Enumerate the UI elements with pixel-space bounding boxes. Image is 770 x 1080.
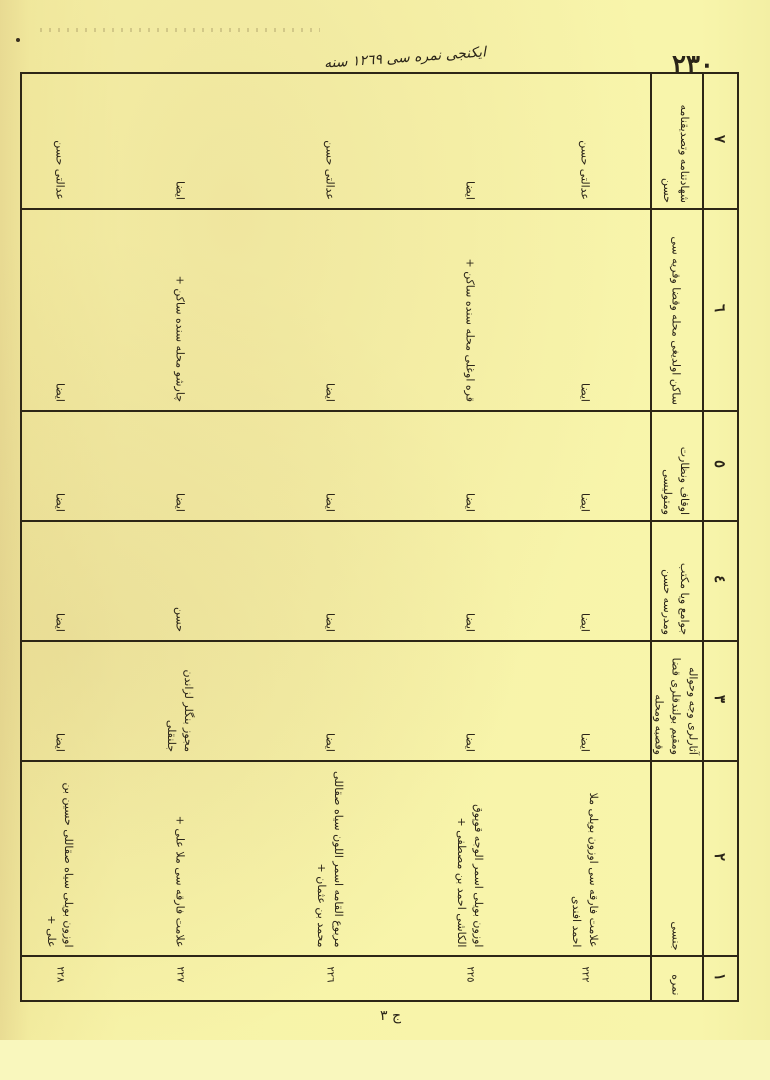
- table-cell: ایضا: [415, 524, 525, 636]
- frame-right: [737, 72, 739, 1002]
- table-cell: ایضا: [5, 644, 115, 756]
- column-number: ١: [711, 972, 729, 980]
- table-cell: ایضا: [275, 212, 385, 406]
- column-header: اوقاف ونظارت ومتولیسی: [650, 410, 702, 520]
- table-cell: ایضا: [275, 524, 385, 636]
- table-cell: قره اوغلی محله سنده ساکن +: [415, 212, 525, 406]
- column-header: نمره: [650, 955, 702, 1000]
- table-cell: ایضا: [5, 212, 115, 406]
- frame-top: [20, 72, 737, 74]
- table-cell: مربوع القامه اسمر اللون سیاه صقاللی محمد…: [275, 764, 385, 951]
- row-number: ٢٢٦: [325, 966, 336, 982]
- column-header: ساکن اولدیغی محله وقضا وقریه سی: [650, 208, 702, 410]
- row-number: ٢٢٥: [465, 966, 476, 982]
- table-cell: ایضا: [415, 76, 525, 204]
- table-cell: ایضا: [5, 524, 115, 636]
- table-cell: ایضا: [5, 414, 115, 516]
- table-cell: ایضا: [125, 76, 235, 204]
- table-cell: ایضا: [275, 414, 385, 516]
- row-number: ٢٢٨: [55, 966, 66, 982]
- table-cell: عدالتی حسن: [5, 76, 115, 204]
- table-cell: علامت فارقه سی اوزون بویلی ملا احمد افند…: [530, 764, 640, 951]
- row-number: ٢٢٧: [175, 966, 186, 982]
- column-divider: [20, 410, 737, 412]
- table-cell: ایضا: [415, 644, 525, 756]
- column-divider: [20, 955, 737, 957]
- column-number: ٥: [711, 460, 729, 468]
- table-cell: عدالتی حسن: [275, 76, 385, 204]
- table-cell: علامت فارقه سی ملا علی +: [125, 764, 235, 951]
- table-cell: مجوز بنگلر لزاندن جلنقلی: [125, 644, 235, 756]
- row-number: ٢٢٢: [580, 966, 591, 982]
- scan-margin: [0, 1040, 770, 1080]
- table-cell: ایضا: [125, 414, 235, 516]
- column-number: ٦: [711, 304, 729, 312]
- table-cell: ایضا: [530, 644, 640, 756]
- column-header: شهادتنامه وتصدیقنامه حسن: [650, 72, 702, 208]
- column-divider: [20, 208, 737, 210]
- table-cell: ایضا: [530, 524, 640, 636]
- column-header: جنسی: [650, 760, 702, 955]
- column-number: ٣: [711, 695, 729, 703]
- table-cell: اوزون بویلی اسمر الوجه قوپوق الکاشی احمد…: [415, 764, 525, 951]
- table-cell: اوزون بویلی سیاه صقاللی حسین بن علی +: [5, 764, 115, 951]
- table-cell: ایضا: [530, 212, 640, 406]
- print-bleed-specks: [40, 28, 320, 32]
- frame-bottom: [20, 1000, 737, 1002]
- column-header: آثارلری وجه وحواله ومقیم بولندقلری قضا و…: [650, 640, 702, 760]
- column-divider: [20, 640, 737, 642]
- table-cell: حسن: [125, 524, 235, 636]
- column-divider: [20, 760, 737, 762]
- table-cell: عدالتی حسن: [530, 76, 640, 204]
- column-number: ٢: [711, 852, 729, 860]
- table-cell: ایضا: [415, 414, 525, 516]
- footer-mark: ج ٣: [380, 1008, 401, 1024]
- table-cell: ایضا: [530, 414, 640, 516]
- table-cell: ایضا: [275, 644, 385, 756]
- ink-dot: [16, 38, 20, 42]
- column-number: ٤: [711, 575, 729, 583]
- column-number: ٧: [711, 135, 729, 143]
- column-header: جوامع ویا مکتب ومدرسه حسن: [650, 520, 702, 640]
- table-cell: چارشو محله سنده ساکن +: [125, 212, 235, 406]
- divider-number: [702, 72, 704, 1000]
- column-divider: [20, 520, 737, 522]
